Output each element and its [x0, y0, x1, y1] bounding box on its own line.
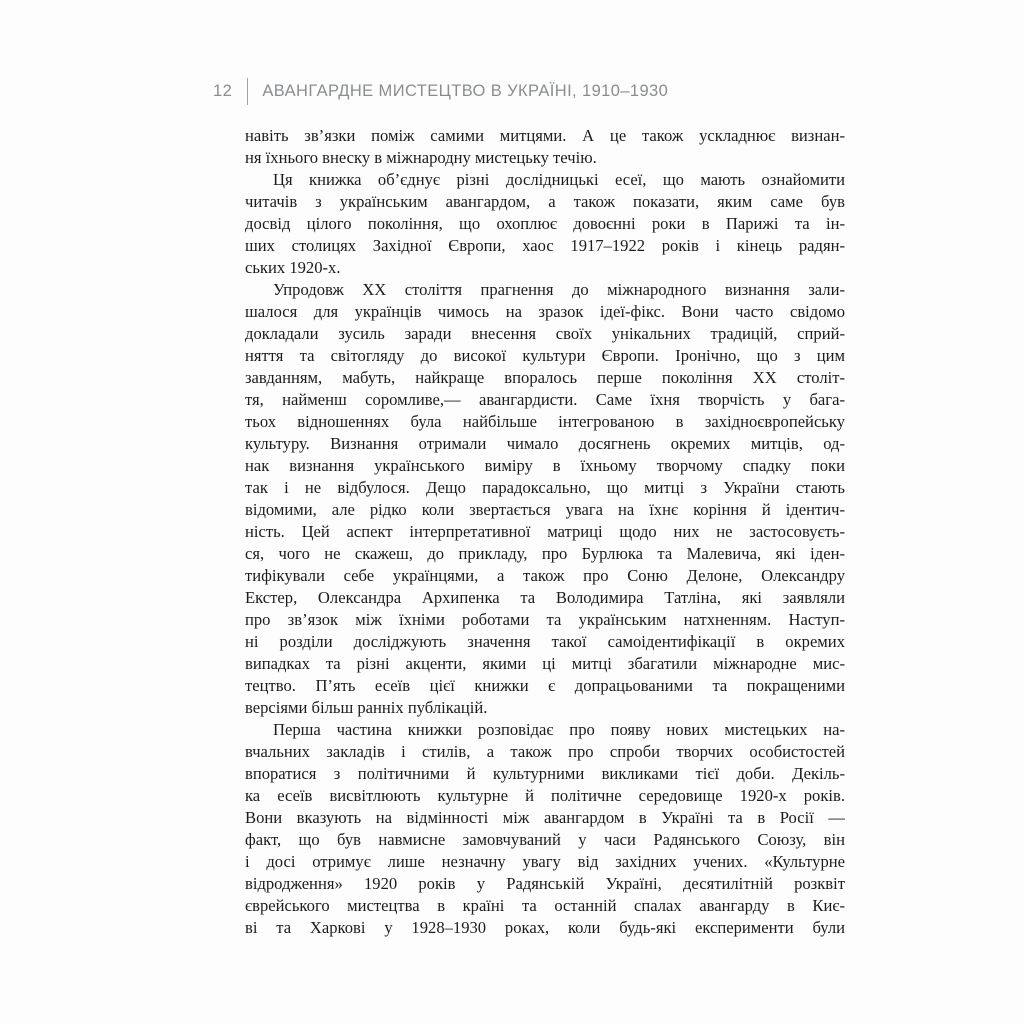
book-page: 12 АВАНГАРДНЕ МИСТЕЦТВО В УКРАЇНІ, 1910–…	[0, 0, 1024, 1024]
text-line: так і не відбулося. Дещо парадоксально, …	[245, 477, 845, 499]
text-line: докладали зусиль заради внесення своїх у…	[245, 323, 845, 345]
text-line: культуру. Визнання отримали чимало досяг…	[245, 433, 845, 455]
text-line: ня їхнього внеску в міжнародну мистецьку…	[245, 147, 845, 169]
text-line: версіями більш ранніх публікацій.	[245, 697, 845, 719]
text-line: ся, чого не скажеш, до прикладу, про Бур…	[245, 543, 845, 565]
text-line: навіть зв’язки поміж самими митцями. А ц…	[245, 125, 845, 147]
text-line: єврейського мистецтва в країні та останн…	[245, 895, 845, 917]
text-line: факт, що був навмисне замовчуваний у час…	[245, 829, 845, 851]
text-line: про зв’язок між їхніми роботами та украї…	[245, 609, 845, 631]
text-line: ських 1920-х.	[245, 257, 845, 279]
text-line: тифікували себе українцями, а також про …	[245, 565, 845, 587]
text-line: тя, найменш соромливе,— авангардисти. Са…	[245, 389, 845, 411]
text-line: і досі отримує лише незначну увагу від з…	[245, 851, 845, 873]
text-line: нак визнання українського виміру в їхньо…	[245, 455, 845, 477]
page-number: 12	[213, 82, 232, 101]
body-text: навіть зв’язки поміж самими митцями. А ц…	[245, 125, 845, 939]
text-line: читачів з українським авангардом, а тако…	[245, 191, 845, 213]
text-line: ність. Цей аспект інтерпретативної матри…	[245, 521, 845, 543]
header-divider	[247, 78, 248, 105]
text-line: Ця книжка об’єднує різні дослідницькі ес…	[245, 169, 845, 191]
text-line: відомими, але рідко коли звертається ува…	[245, 499, 845, 521]
text-line: випадках та різні акценти, якими ці митц…	[245, 653, 845, 675]
text-line: тьох відношеннях була найбільше інтегров…	[245, 411, 845, 433]
text-line: тецтво. П’ять есеїв цієї книжки є допрац…	[245, 675, 845, 697]
text-line: досвід цілого покоління, що охоплює дово…	[245, 213, 845, 235]
page-header: 12 АВАНГАРДНЕ МИСТЕЦТВО В УКРАЇНІ, 1910–…	[213, 76, 668, 106]
text-line: завданням, мабуть, найкраще впоралось пе…	[245, 367, 845, 389]
text-line: Перша частина книжки розповідає про появ…	[245, 719, 845, 741]
running-title: АВАНГАРДНЕ МИСТЕЦТВО В УКРАЇНІ, 1910–193…	[262, 82, 668, 101]
text-line: впоратися з політичними й культурними ви…	[245, 763, 845, 785]
text-line: ві та Харкові у 1928–1930 роках, коли бу…	[245, 917, 845, 939]
text-line: ні розділи досліджують значення такої са…	[245, 631, 845, 653]
text-line: Екстер, Олександра Архипенка та Володими…	[245, 587, 845, 609]
text-line: ка есеїв висвітлюють культурне й політич…	[245, 785, 845, 807]
text-line: шалося для українців чимось на зразок ід…	[245, 301, 845, 323]
text-line: Вони вказують на відмінності між авангар…	[245, 807, 845, 829]
text-line: няття та світогляду до високої культури …	[245, 345, 845, 367]
text-line: відродження» 1920 років у Радянській Укр…	[245, 873, 845, 895]
text-line: вчальних закладів і стилів, а також про …	[245, 741, 845, 763]
text-line: ших столицях Західної Європи, хаос 1917–…	[245, 235, 845, 257]
text-line: Упродовж ХХ століття прагнення до міжнар…	[245, 279, 845, 301]
